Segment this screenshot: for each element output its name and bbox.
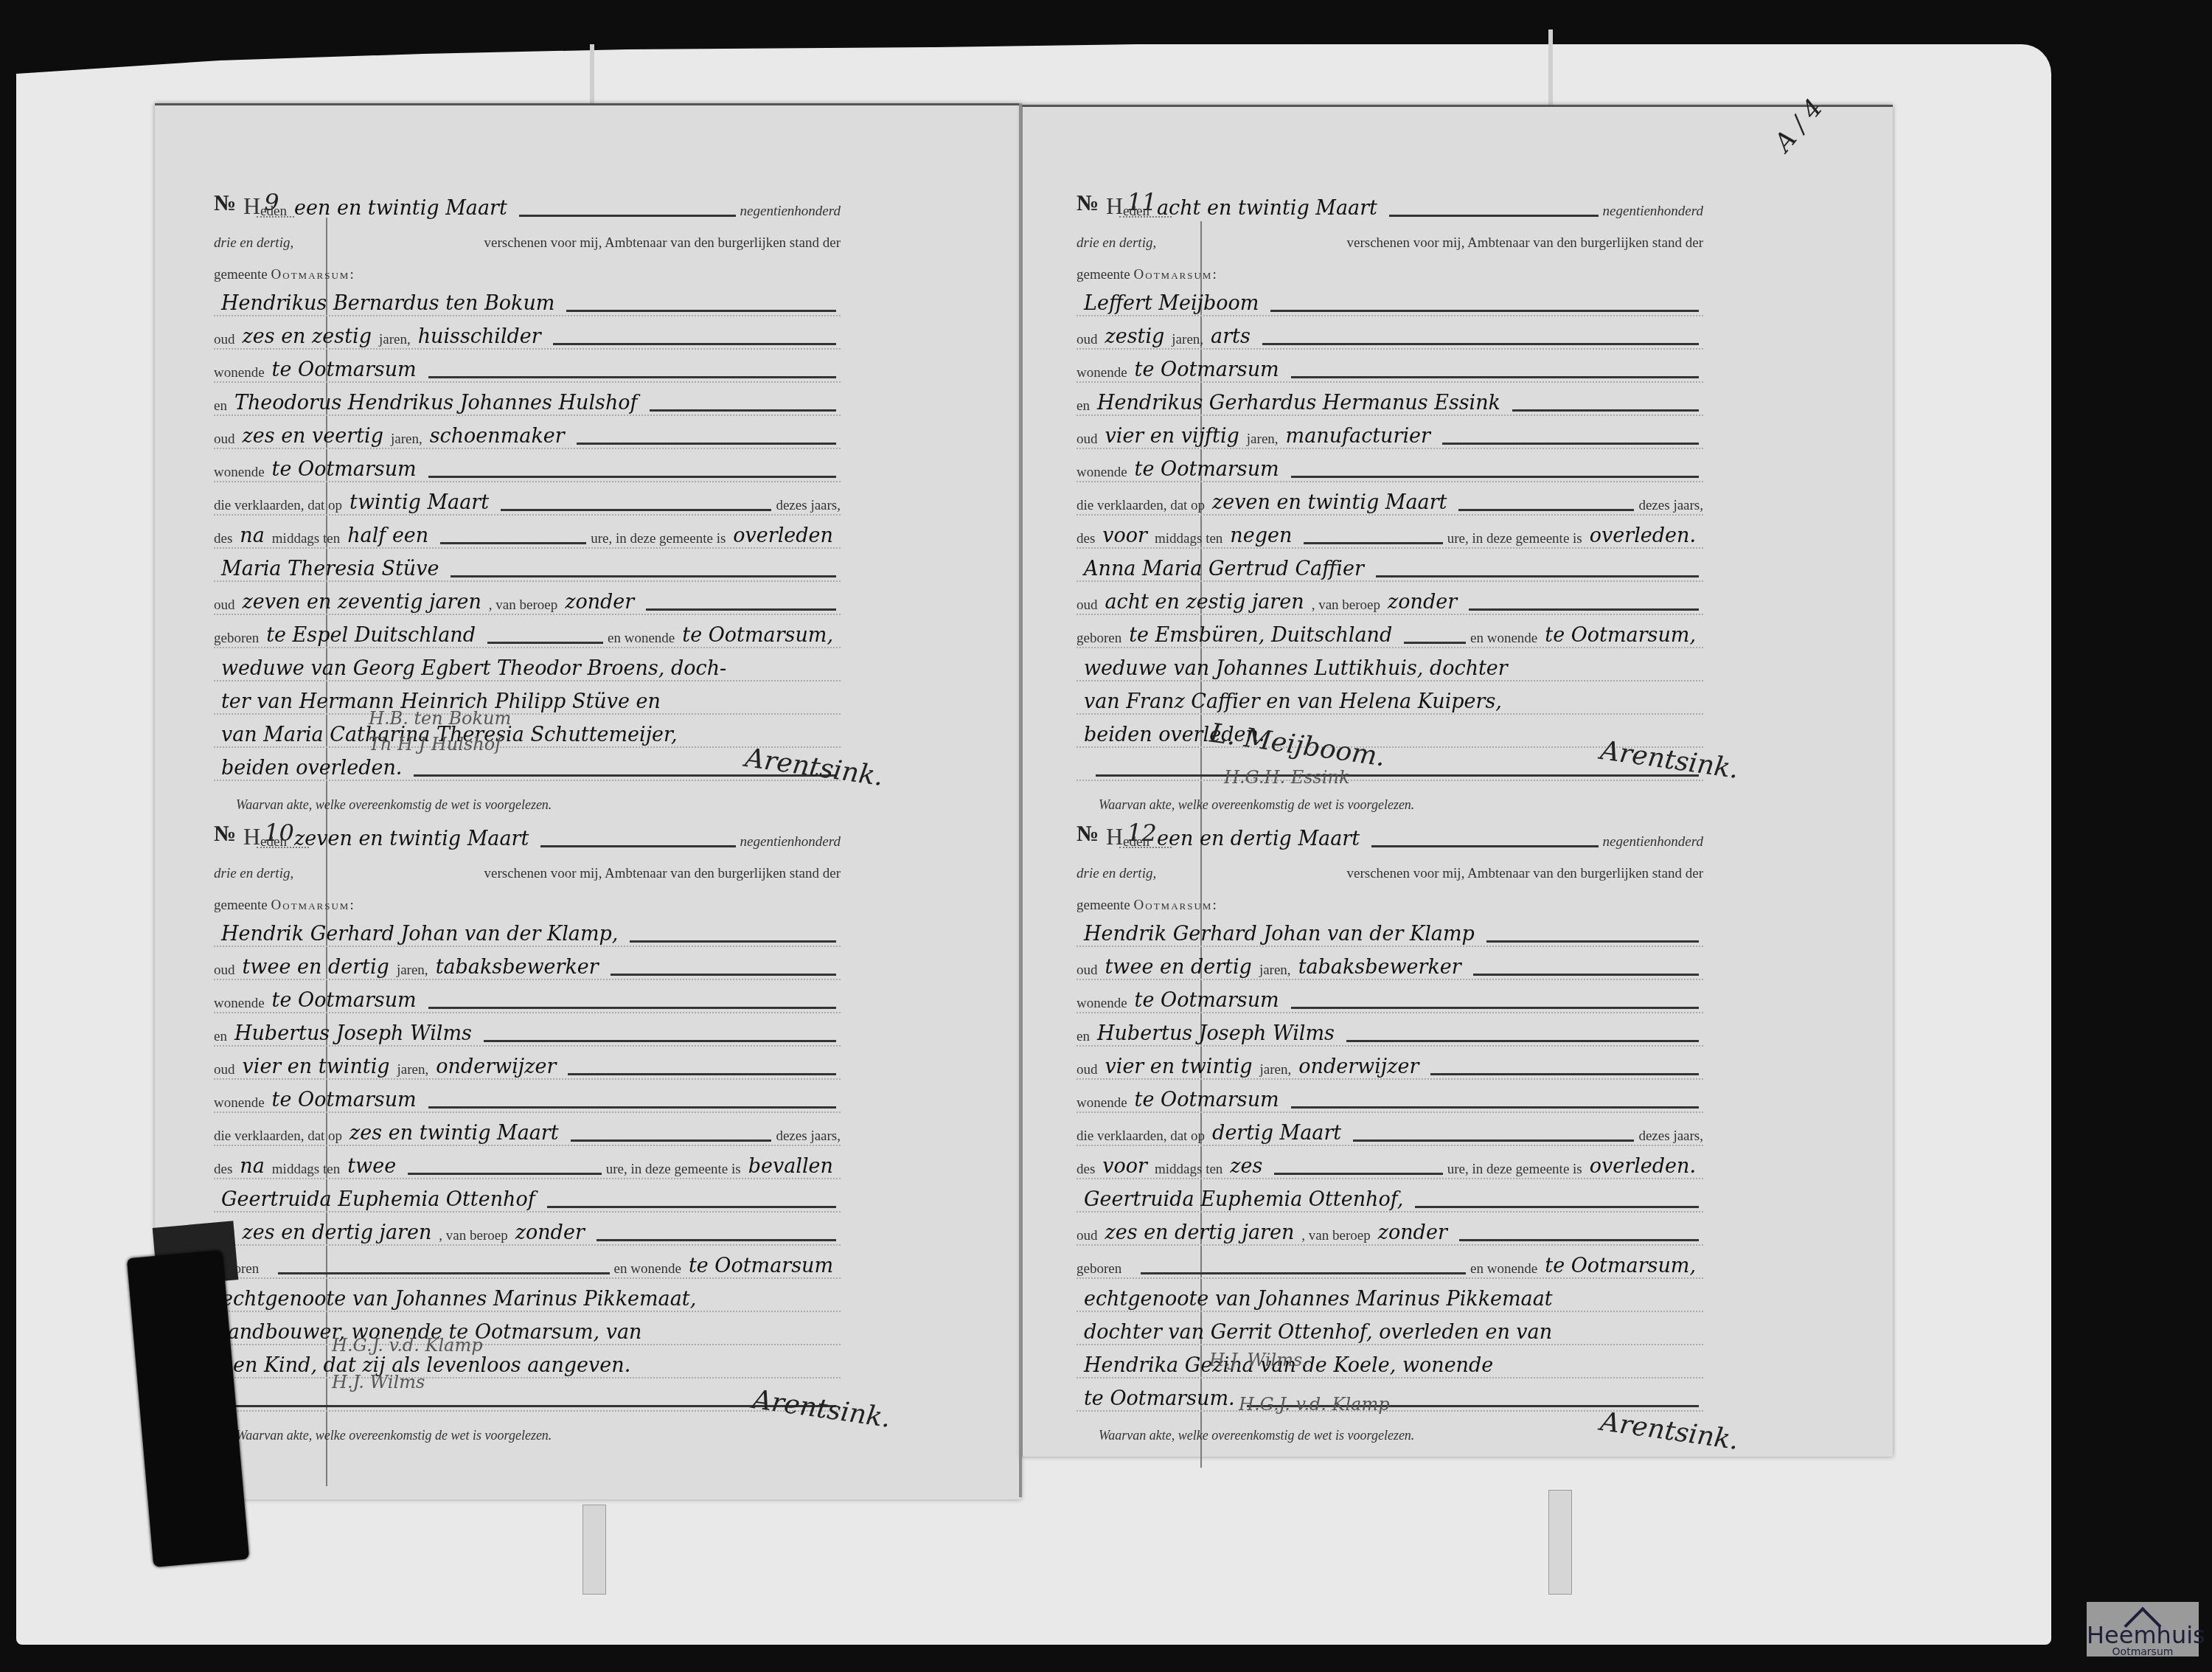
printed-year-phrase: drie en dertig, [214,866,293,882]
fill-rule [1376,575,1699,577]
form-line: Hedenzeven en twintig Maartnegentienhond… [243,819,841,850]
fill-rule [1291,376,1699,378]
form-line: Hendrik Gerhard Johan van der Klamp, [214,914,841,947]
declarant-1-name: Hendrik Gerhard Johan van der Klamp [1084,923,1475,946]
form-line: desvoormiddags tennegenure, in deze geme… [1077,516,1703,549]
event-hour: zes [1230,1155,1262,1178]
subject-name: Anna Maria Gertrud Caffier [1084,558,1364,580]
declarant-1-age: zes en zestig [243,325,372,348]
fill-rule [571,1139,772,1142]
printed-die-verklaarden: die verklaarden, dat op [214,498,342,514]
declarant-2-name: Hubertus Joseph Wilms [234,1022,472,1045]
event-type: overleden. [1590,524,1696,547]
form-line: echtgenoote van Johannes Marinus Pikkema… [1077,1279,1703,1312]
printed-jaren: jaren, [391,431,422,448]
printed-year-phrase: drie en dertig, [1077,235,1156,252]
daypart: voor [1102,524,1147,547]
fill-rule [1458,509,1634,511]
printed-wonende: wonende [1077,1095,1127,1111]
printed-gemeente: gemeente [1077,267,1130,283]
form-line: weduwe van Georg Egbert Theodor Broens, … [214,648,841,681]
form-line: wonendete Ootmarsum [214,980,841,1013]
form-line: ter van Hermann Heinrich Philipp Stüve e… [214,681,841,715]
form-line: oudzestigjaren,arts [1077,316,1703,350]
event-type: bevallen [748,1155,833,1178]
form-line: gemeente Ootmarsum: [1077,252,1703,283]
printed-dezes-jaars: dezes jaars, [1638,498,1703,514]
fill-rule [1291,476,1699,478]
printed-wonende: wonende [1077,365,1127,381]
declarant-2-age: vier en twintig [243,1055,390,1078]
printed-en-wonende: en wonende [1470,1261,1537,1277]
form-line: Hedeneen en twintig Maartnegentienhonder… [243,188,841,220]
fill-rule [566,310,836,312]
printed-no: № [214,822,236,846]
fill-rule [1442,443,1699,445]
form-line: die verklaarden, dat optwintig Maartdeze… [214,482,841,516]
declarant-2-name: Theodorus Hendrikus Johannes Hulshof [234,392,638,414]
printed-en: en [1077,1029,1090,1045]
fill-rule [1141,1272,1466,1274]
printed-heden-rest: eden [260,204,287,220]
fill-rule [1469,608,1699,611]
form-line: wonendete Ootmarsum [1077,350,1703,383]
subject-occupation: zonder [565,591,634,614]
form-line: Maria Theresia Stüve [214,549,841,582]
printed-negentienhonderd: negentienhonderd [740,834,841,850]
form-line: oudzes en zestigjaren,huisschilder [214,316,841,350]
signature: H.B. ten Bokum [369,708,511,729]
printed-wonende: wonende [214,996,265,1012]
closing-formula: Waarvan akte, welke overeenkomstig de we… [1099,797,1703,813]
declarant-2-residence: te Ootmarsum [272,1089,417,1111]
printed-en: en [214,398,227,414]
declarant-2-age: vier en vijftig [1105,425,1239,448]
printed-oud: oud [1077,1228,1098,1244]
form-line: Hendrikus Bernardus ten Bokum [214,283,841,316]
certificate-entry-12: №12 Hedeneen en dertig Maartnegentienhon… [1077,819,1703,1443]
closing-formula: Waarvan akte, welke overeenkomstig de we… [236,797,841,813]
form-line: gemeente Ootmarsum: [1077,882,1703,914]
form-line: een Kind, dat zij als levenloos aangeven… [214,1345,841,1378]
printed-middags-ten: middags ten [1155,1162,1222,1178]
signature: H.G.J. v.d. Klamp [1239,1394,1390,1415]
fill-rule [1430,1073,1699,1075]
declarant-2-occupation: schoenmaker [430,425,565,448]
printed-wonende: wonende [1077,996,1127,1012]
form-line: desnamiddags tentweeure, in deze gemeent… [214,1146,841,1179]
event-hour: half een [347,524,428,547]
form-line: Geertruida Euphemia Ottenhof [214,1179,841,1213]
printed-no: № [214,191,236,215]
form-line: enHubertus Joseph Wilms [214,1013,841,1047]
subject-occupation: zonder [1388,591,1457,614]
fill-rule [1389,215,1599,217]
printed-en-wonende: en wonende [608,631,675,647]
fill-rule [1274,1173,1442,1175]
fill-rule [408,1173,602,1175]
form-line: oudvier en twintigjaren,onderwijzer [214,1047,841,1080]
subject-occupation: zonder [515,1221,585,1244]
printed-ure-gemeente: ure, in deze gemeente is [591,531,726,547]
printed-die-verklaarden: die verklaarden, dat op [1077,1128,1205,1145]
form-line: enHubertus Joseph Wilms [1077,1013,1703,1047]
declarant-1-age: twee en dertig [243,956,389,979]
printed-gemeente: gemeente [214,267,268,283]
form-line: desvoormiddags tenzesure, in deze gemeen… [1077,1146,1703,1179]
fill-rule [611,974,836,976]
book-spine [1019,103,1022,1497]
form-line: wonendete Ootmarsum [214,1080,841,1113]
printed-year-phrase: drie en dertig, [214,235,293,252]
printed-no: № [1077,822,1099,846]
mount-tab [582,1505,606,1595]
printed-geboren: geboren [1077,631,1121,647]
daypart: na [240,1155,265,1178]
printed-des: des [1077,531,1095,547]
form-line: oudzes en dertig jaren, van beroepzonder [214,1213,841,1246]
printed-oud: oud [214,431,235,448]
fill-rule [1486,940,1699,943]
signature: Th H J Hulshof [369,734,501,755]
printed-wonende: wonende [214,465,265,481]
form-line: die verklaarden, dat opdertig Maartdezes… [1077,1113,1703,1146]
remark-line: beiden overleden. [221,757,402,780]
fill-rule [278,1272,609,1274]
form-line: oudvier en twintigjaren,onderwijzer [1077,1047,1703,1080]
printed-jaren: jaren, [397,1062,429,1078]
signature: H.G.J. v.d. Klamp [332,1335,483,1356]
printed-oud: oud [214,1062,235,1078]
printed-year-phrase: drie en dertig, [1077,866,1156,882]
mount-tab [590,44,594,111]
printed-jaren: jaren, [1172,332,1203,348]
printed-middags-ten: middags ten [272,1162,340,1178]
declarant-1-age: zestig [1105,325,1165,348]
fill-rule [1346,1040,1699,1042]
fill-rule [451,575,836,577]
form-line: van Franz Caffier en van Helena Kuipers, [1077,681,1703,715]
printed-geboren: geboren [1077,1261,1121,1277]
fill-rule [646,608,836,611]
residence: te Ootmarsum, [1545,1255,1696,1277]
printed-des: des [1077,1162,1095,1178]
declarant-1-residence: te Ootmarsum [1135,989,1279,1012]
printed-jaren: jaren, [1259,962,1291,979]
form-line: landbouwer, wonende te Ootmarsum, van [214,1312,841,1345]
printed-oud: oud [214,332,235,348]
birthplace: te Espel Duitschland [266,624,476,647]
printed-gemeente-name: Ootmarsum: [271,267,355,283]
printed-en: en [214,1029,227,1045]
form-line: Hedenacht en twintig Maartnegentienhonde… [1106,188,1703,220]
form-line: van Maria Catharina Theresia Schuttemeij… [214,715,841,748]
birthplace: te Emsbüren, Duitschland [1129,624,1392,647]
remark-line: een Kind, dat zij als levenloos aangeven… [221,1354,630,1377]
printed-heden-rest: eden [260,834,287,850]
form-line: enHendrikus Gerhardus Hermanus Essink [1077,383,1703,416]
fill-rule [484,1040,836,1042]
mount-tab [1548,1490,1572,1595]
printed-die-verklaarden: die verklaarden, dat op [1077,498,1205,514]
subject-name: Maria Theresia Stüve [221,558,439,580]
form-line: Geertruida Euphemia Ottenhof, [1077,1179,1703,1213]
event-hour: twee [347,1155,396,1178]
form-line: enTheodorus Hendrikus Johannes Hulshof [214,383,841,416]
declarant-2-age: zes en veertig [243,425,383,448]
printed-gemeente: gemeente [214,898,268,914]
declarant-1-occupation: tabaksbewerker [1298,956,1461,979]
fill-rule [1512,409,1699,412]
printed-oud: oud [214,962,235,979]
printed-gemeente-name: Ootmarsum: [271,898,355,914]
printed-line2-rest: verschenen voor mij, Ambtenaar van den b… [484,235,841,252]
printed-van-beroep: , van beroep [1312,597,1380,614]
fill-rule [1304,542,1442,544]
printed-oud: oud [1077,597,1098,614]
printed-heden-rest: eden [1123,834,1150,850]
printed-middags-ten: middags ten [272,531,340,547]
form-line: oudtwee en dertigjaren,tabaksbewerker [214,947,841,980]
printed-en-wonende: en wonende [614,1261,681,1277]
form-line: gemeente Ootmarsum: [214,252,841,283]
form-line: wonendete Ootmarsum [1077,449,1703,482]
fill-rule [1291,1007,1699,1009]
fill-rule [547,1206,836,1208]
fill-rule [630,940,836,943]
daypart: na [240,524,265,547]
registration-date: acht en twintig Maart [1157,197,1377,220]
printed-oud: oud [1077,431,1098,448]
declarant-1-age: twee en dertig [1105,956,1252,979]
heemhuis-watermark: Heemhuis Ootmarsum [2087,1602,2199,1657]
declarant-1-residence: te Ootmarsum [1135,358,1279,381]
certificate-entry-9: №9 Hedeneen en twintig Maartnegentienhon… [214,188,841,813]
signature: H.J. Wilms. [1209,1350,1308,1370]
fill-rule [1270,310,1699,312]
form-line: oudzes en dertig jaren, van beroepzonder [1077,1213,1703,1246]
printed-jaren: jaren, [1247,431,1279,448]
subject-name: Geertruida Euphemia Ottenhof [221,1188,535,1211]
printed-van-beroep: , van beroep [489,597,557,614]
printed-wonende: wonende [1077,465,1127,481]
form-line: Hendrika Gezina van de Koele, wonende [1077,1345,1703,1378]
printed-no: № [1077,191,1099,215]
fill-rule [519,215,736,217]
event-date: zes en twintig Maart [349,1122,559,1145]
fill-rule [568,1073,836,1075]
registration-date: een en twintig Maart [294,197,507,220]
form-line: die verklaarden, dat opzes en twintig Ma… [214,1113,841,1146]
form-line: oudzeven en zeventig jaren, van beroepzo… [214,582,841,615]
printed-des: des [214,1162,232,1178]
declarant-2-occupation: onderwijzer [436,1055,556,1078]
event-date: zeven en twintig Maart [1212,491,1447,514]
form-line: Hedeneen en dertig Maartnegentienhonderd [1106,819,1703,850]
declarant-1-residence: te Ootmarsum [272,358,417,381]
printed-en: en [1077,398,1090,414]
printed-van-beroep: , van beroep [439,1228,507,1244]
form-line: drie en dertig,verschenen voor mij, Ambt… [214,220,841,252]
printed-jaren: jaren, [1260,1062,1292,1078]
form-line: oudvier en vijftigjaren,manufacturier [1077,416,1703,449]
form-line: Hendrik Gerhard Johan van der Klamp [1077,914,1703,947]
fill-rule [577,443,836,445]
form-line: weduwe van Johannes Luttikhuis, dochter [1077,648,1703,681]
form-line: Leffert Meijboom [1077,283,1703,316]
printed-geboren: geboren [214,631,259,647]
fill-rule [428,376,836,378]
fill-rule [1096,774,1699,777]
printed-dezes-jaars: dezes jaars, [1638,1128,1703,1145]
declarant-1-name: Hendrik Gerhard Johan van der Klamp, [221,923,618,946]
remark-line: weduwe van Johannes Luttikhuis, dochter [1084,657,1508,680]
residence: te Ootmarsum [689,1255,833,1277]
printed-dezes-jaars: dezes jaars, [776,1128,841,1145]
fill-rule [1262,343,1699,345]
closing-formula: Waarvan akte, welke overeenkomstig de we… [236,1428,841,1443]
printed-ure-gemeente: ure, in deze gemeente is [1447,531,1582,547]
printed-oud: oud [1077,962,1098,979]
form-line: wonendete Ootmarsum [214,449,841,482]
form-line: drie en dertig,verschenen voor mij, Ambt… [214,850,841,882]
form-line: geborenen wonendete Ootmarsum, [1077,1246,1703,1279]
daypart: voor [1102,1155,1147,1178]
form-line: wonendete Ootmarsum [1077,980,1703,1013]
printed-line2-rest: verschenen voor mij, Ambtenaar van den b… [1347,235,1703,252]
printed-negentienhonderd: negentienhonderd [740,204,841,220]
printed-ure-gemeente: ure, in deze gemeente is [1447,1162,1582,1178]
printed-wonende: wonende [214,1095,265,1111]
fill-rule [1415,1206,1699,1208]
subject-age: zes en dertig jaren [1105,1221,1295,1244]
form-line: drie en dertig,verschenen voor mij, Ambt… [1077,850,1703,882]
fill-rule [597,1239,836,1241]
fill-rule [650,409,836,412]
event-type: overleden [733,524,833,547]
mount-tab [1548,30,1553,111]
printed-gemeente-name: Ootmarsum: [1134,898,1218,914]
printed-jaren: jaren, [379,332,411,348]
fill-rule [1473,974,1699,976]
certificate-entry-10: №10 Hedenzeven en twintig Maartnegentien… [214,819,841,1443]
form-line: gemeente Ootmarsum: [214,882,841,914]
event-date: dertig Maart [1212,1122,1341,1145]
residence: te Ootmarsum, [682,624,833,647]
declarant-2-residence: te Ootmarsum [1135,1089,1279,1111]
printed-en-wonende: en wonende [1470,631,1537,647]
printed-oud: oud [214,597,235,614]
event-type: overleden. [1590,1155,1696,1178]
fill-rule [553,343,836,345]
declarant-2-residence: te Ootmarsum [1135,458,1279,481]
declarant-2-age: vier en twintig [1105,1055,1253,1078]
printed-ure-gemeente: ure, in deze gemeente is [606,1162,741,1178]
form-line: echtgenoote van Johannes Marinus Pikkema… [214,1279,841,1312]
subject-occupation: zonder [1378,1221,1447,1244]
fill-rule [440,542,586,544]
printed-heden-rest: eden [1123,204,1150,220]
printed-dezes-jaars: dezes jaars, [776,498,841,514]
printed-oud: oud [1077,332,1098,348]
form-line: oudtwee en dertigjaren,tabaksbewerker [1077,947,1703,980]
printed-jaren: jaren, [397,962,428,979]
printed-oud: oud [1077,1062,1098,1078]
printed-line2-rest: verschenen voor mij, Ambtenaar van den b… [484,866,841,882]
form-line: oudacht en zestig jaren, van beroepzonde… [1077,582,1703,615]
registration-date: zeven en twintig Maart [294,828,529,850]
printed-negentienhonderd: negentienhonderd [1603,204,1703,220]
subject-name: Geertruida Euphemia Ottenhof, [1084,1188,1403,1211]
form-line: desnamiddags tenhalf eenure, in deze gem… [214,516,841,549]
declarant-2-name: Hendrikus Gerhardus Hermanus Essink [1097,392,1500,414]
remark-line: van Franz Caffier en van Helena Kuipers, [1084,690,1502,713]
declarant-1-name: Leffert Meijboom [1084,292,1259,315]
remark-line: dochter van Gerrit Ottenhof, overleden e… [1084,1321,1552,1344]
fill-rule [1353,1139,1634,1142]
form-line: wonendete Ootmarsum [214,350,841,383]
form-line: geborenen wonendete Ootmarsum [214,1246,841,1279]
printed-gemeente-name: Ootmarsum: [1134,267,1218,283]
fill-rule [428,1106,836,1109]
registration-date: een en dertig Maart [1157,828,1360,850]
form-line: drie en dertig,verschenen voor mij, Ambt… [1077,220,1703,252]
form-line: dochter van Gerrit Ottenhof, overleden e… [1077,1312,1703,1345]
fill-rule [1459,1239,1699,1241]
fill-rule [487,642,603,644]
fill-rule [1371,845,1599,847]
printed-gemeente: gemeente [1077,898,1130,914]
event-hour: negen [1230,524,1292,547]
form-line: die verklaarden, dat opzeven en twintig … [1077,482,1703,516]
declarant-1-occupation: huisschilder [418,325,541,348]
subject-age: acht en zestig jaren [1105,591,1304,614]
printed-wonende: wonende [214,365,265,381]
form-line: geborente Emsbüren, Duitschlanden wonend… [1077,615,1703,648]
declarant-1-occupation: arts [1211,325,1251,348]
printed-die-verklaarden: die verklaarden, dat op [214,1128,342,1145]
residence: te Ootmarsum, [1545,624,1696,647]
declarant-1-residence: te Ootmarsum [272,989,417,1012]
printed-negentienhonderd: negentienhonderd [1603,834,1703,850]
remark-line: echtgenoote van Johannes Marinus Pikkema… [1084,1288,1553,1311]
form-line: wonendete Ootmarsum [1077,1080,1703,1113]
form-line [214,1378,841,1412]
fill-rule [540,845,735,847]
form-line: oudzes en veertigjaren,schoenmaker [214,416,841,449]
fill-rule [501,509,771,511]
signature: H.J. Wilms [332,1372,425,1392]
fill-rule [1291,1106,1699,1109]
declarant-1-occupation: tabaksbewerker [436,956,599,979]
form-line: Anna Maria Gertrud Caffier [1077,549,1703,582]
declarant-1-name: Hendrikus Bernardus ten Bokum [221,292,554,315]
declarant-2-occupation: manufacturier [1286,425,1430,448]
printed-middags-ten: middags ten [1155,531,1222,547]
fill-rule [1404,642,1466,644]
remark-line: echtgenoote van Johannes Marinus Pikkema… [221,1288,696,1311]
signature: H.G.H. Essink [1224,767,1350,788]
certificate-entry-11: №11 Hedenacht en twintig Maartnegentienh… [1077,188,1703,813]
event-date: twintig Maart [349,491,489,514]
subject-age: zes en dertig jaren [243,1221,432,1244]
form-line: te Ootmarsum. [1077,1378,1703,1412]
form-line: geborente Espel Duitschlanden wonendete … [214,615,841,648]
declarant-2-occupation: onderwijzer [1298,1055,1419,1078]
fill-rule [428,1007,836,1009]
subject-age: zeven en zeventig jaren [243,591,481,614]
remark-line: te Ootmarsum. [1084,1387,1235,1410]
